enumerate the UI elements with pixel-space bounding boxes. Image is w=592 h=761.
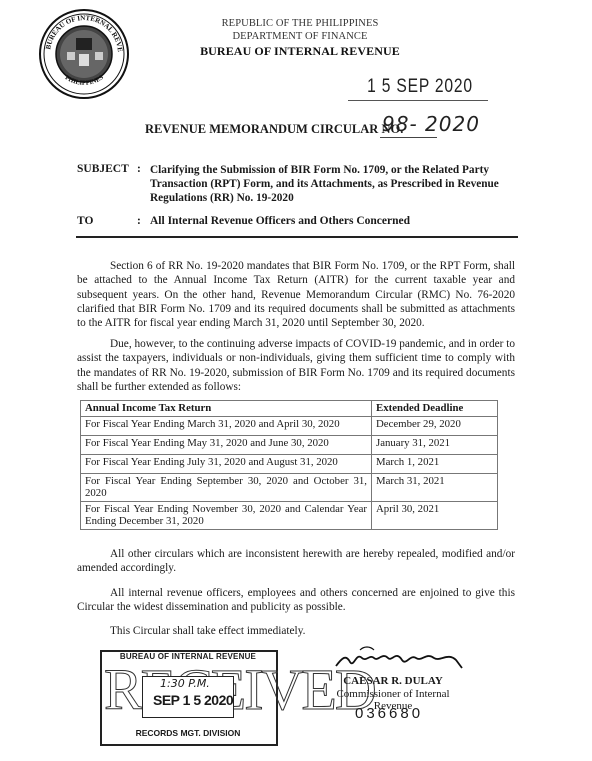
paragraph-1: Section 6 of RR No. 19-2020 mandates tha…: [77, 259, 515, 330]
paragraph-5: This Circular shall take effect immediat…: [77, 624, 515, 638]
subject-colon: :: [137, 163, 141, 175]
stamp-time: 1:30 P.M.: [160, 677, 210, 690]
table-row: For Fiscal Year Ending May 31, 2020 and …: [81, 435, 498, 454]
date-stamp: 1 5 SEP 2020: [367, 76, 474, 98]
table-row: For Fiscal Year Ending September 30, 202…: [81, 473, 498, 501]
signature-icon: [330, 644, 470, 674]
circular-title: REVENUE MEMORANDUM CIRCULAR NO.: [145, 122, 403, 137]
column-header-return: Annual Income Tax Return: [81, 401, 372, 417]
header-divider: [76, 236, 518, 238]
bir-seal-icon: BUREAU OF INTERNAL REVENUE PHILIPPINES: [33, 8, 135, 100]
column-header-deadline: Extended Deadline: [372, 401, 498, 417]
stamp-division: RECORDS MGT. DIVISION: [104, 728, 272, 738]
signatory-name: CAESAR R. DULAY: [318, 675, 468, 687]
circular-number: 98- 2020: [382, 112, 480, 136]
stamp-date: SEP 1 5 2020: [153, 692, 233, 708]
to-label: TO: [77, 215, 93, 227]
circular-number-underline: [380, 137, 437, 138]
paragraph-4: All internal revenue officers, employees…: [77, 586, 515, 615]
subject-label: SUBJECT: [77, 163, 129, 175]
control-number: 036680: [355, 705, 423, 722]
deadlines-table: Annual Income Tax Return Extended Deadli…: [80, 400, 498, 530]
to-text: All Internal Revenue Officers and Others…: [150, 215, 410, 227]
header-bureau: BUREAU OF INTERNAL REVENUE: [180, 44, 420, 59]
table-row: For Fiscal Year Ending March 31, 2020 an…: [81, 416, 498, 435]
table-row: For Fiscal Year Ending July 31, 2020 and…: [81, 454, 498, 473]
date-underline: [348, 100, 488, 101]
header-department: DEPARTMENT OF FINANCE: [180, 31, 420, 42]
table-header-row: Annual Income Tax Return Extended Deadli…: [81, 401, 498, 417]
subject-text: Clarifying the Submission of BIR Form No…: [150, 163, 535, 205]
paragraph-2: Due, however, to the continuing adverse …: [77, 337, 515, 394]
table-row: For Fiscal Year Ending November 30, 2020…: [81, 501, 498, 529]
header-republic: REPUBLIC OF THE PHILIPPINES: [180, 18, 420, 29]
to-colon: :: [137, 215, 141, 227]
paragraph-3: All other circulars which are inconsiste…: [77, 547, 515, 576]
